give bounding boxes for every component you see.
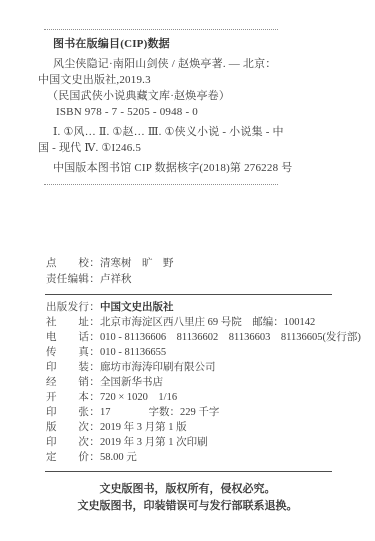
price-value: 58.00 元 (100, 452, 137, 463)
editor-value: 卢祥秋 (100, 274, 132, 285)
credits-row-proofreader: 点 校：清寒树 旷 野 (46, 256, 375, 272)
cip-box-bottom-rule (44, 184, 278, 185)
cip-title: 图书在版编目(CIP)数据 (38, 36, 375, 52)
address-value: 北京市海淀区西八里庄 69 号院 邮编：100142 (100, 317, 315, 328)
row-sheets: 印 张：17字数：229 千字 (46, 405, 375, 420)
cip-line-book-author: 风尘侠隐记·南阳山剑侠 / 赵焕亭著. — 北京： (38, 56, 375, 72)
impression-value: 2019 年 3 月第 1 次印刷 (100, 437, 208, 448)
row-edition: 版 次：2019 年 3 月第 1 版 (46, 420, 375, 435)
cip-block: 图书在版编目(CIP)数据 风尘侠隐记·南阳山剑侠 / 赵焕亭著. — 北京： … (38, 36, 375, 176)
row-printing: 印 装：廊坊市海涛印刷有限公司 (46, 360, 375, 375)
wordcount-value: 字数：229 千字 (149, 407, 220, 418)
sheets-value: 17 (100, 407, 111, 418)
cip-line-isbn: ISBN 978 - 7 - 5205 - 0948 - 0 (38, 104, 375, 120)
cip-line-registration: 中国版本图书馆 CIP 数据核字(2018)第 276228 号 (38, 160, 375, 176)
edition-label: 版 次： (46, 420, 100, 435)
fax-value: 010 - 81136655 (100, 347, 166, 358)
cip-line-classification-2: 国 - 现代 Ⅳ. ①I246.5 (38, 140, 375, 156)
format-label: 开 本： (46, 390, 100, 405)
divider-above-publication (45, 294, 332, 295)
copyright-page: 图书在版编目(CIP)数据 风尘侠隐记·南阳山剑侠 / 赵焕亭著. — 北京： … (0, 0, 375, 541)
divider-above-footer (45, 471, 332, 472)
row-price: 定 价：58.00 元 (46, 450, 375, 465)
address-label: 社 址： (46, 315, 100, 330)
proofreader-label: 点 校： (46, 256, 100, 272)
footer-notices: 文史版图书，版权所有，侵权必究。 文史版图书，印装错误可与发行部联系退换。 (0, 481, 375, 515)
row-distribution: 经 销：全国新华书店 (46, 375, 375, 390)
copyright-notice: 文史版图书，版权所有，侵权必究。 (0, 481, 375, 498)
credits-block: 点 校：清寒树 旷 野 责任编辑：卢祥秋 (46, 256, 375, 288)
editor-label: 责任编辑： (46, 272, 100, 288)
publisher-label: 出版发行： (46, 300, 100, 315)
cip-box-top-rule (44, 29, 278, 30)
credits-row-editor: 责任编辑：卢祥秋 (46, 272, 375, 288)
price-label: 定 价： (46, 450, 100, 465)
top-margin (0, 0, 375, 29)
row-fax: 传 真：010 - 81136655 (46, 345, 375, 360)
printing-value: 廊坊市海涛印刷有限公司 (100, 362, 216, 373)
edition-value: 2019 年 3 月第 1 版 (100, 422, 187, 433)
row-publisher: 出版发行：中国文史出版社 (46, 300, 375, 315)
row-format: 开 本：720 × 1020 1/16 (46, 390, 375, 405)
row-address: 社 址：北京市海淀区西八里庄 69 号院 邮编：100142 (46, 315, 375, 330)
row-phone: 电 话：010 - 81136606 81136602 81136603 811… (46, 330, 375, 345)
sheets-label: 印 张： (46, 405, 100, 420)
return-notice: 文史版图书，印装错误可与发行部联系退换。 (0, 498, 375, 515)
publication-block: 出版发行：中国文史出版社 社 址：北京市海淀区西八里庄 69 号院 邮编：100… (46, 300, 375, 465)
cip-line-publisher-year: 中国文史出版社,2019.3 (38, 72, 375, 88)
proofreader-value: 清寒树 旷 野 (100, 258, 174, 269)
phone-label: 电 话： (46, 330, 100, 345)
distribution-value: 全国新华书店 (100, 377, 163, 388)
cip-line-classification-1: Ⅰ. ①风… Ⅱ. ①赵… Ⅲ. ①侠义小说 - 小说集 - 中 (38, 124, 375, 140)
row-impression: 印 次：2019 年 3 月第 1 次印刷 (46, 435, 375, 450)
distribution-label: 经 销： (46, 375, 100, 390)
printing-label: 印 装： (46, 360, 100, 375)
phone-value: 010 - 81136606 81136602 81136603 8113660… (100, 332, 361, 343)
publisher-value: 中国文史出版社 (100, 302, 174, 313)
fax-label: 传 真： (46, 345, 100, 360)
impression-label: 印 次： (46, 435, 100, 450)
cip-line-series: （民国武侠小说典藏文库·赵焕亭卷） (38, 88, 375, 104)
format-value: 720 × 1020 1/16 (100, 392, 177, 403)
